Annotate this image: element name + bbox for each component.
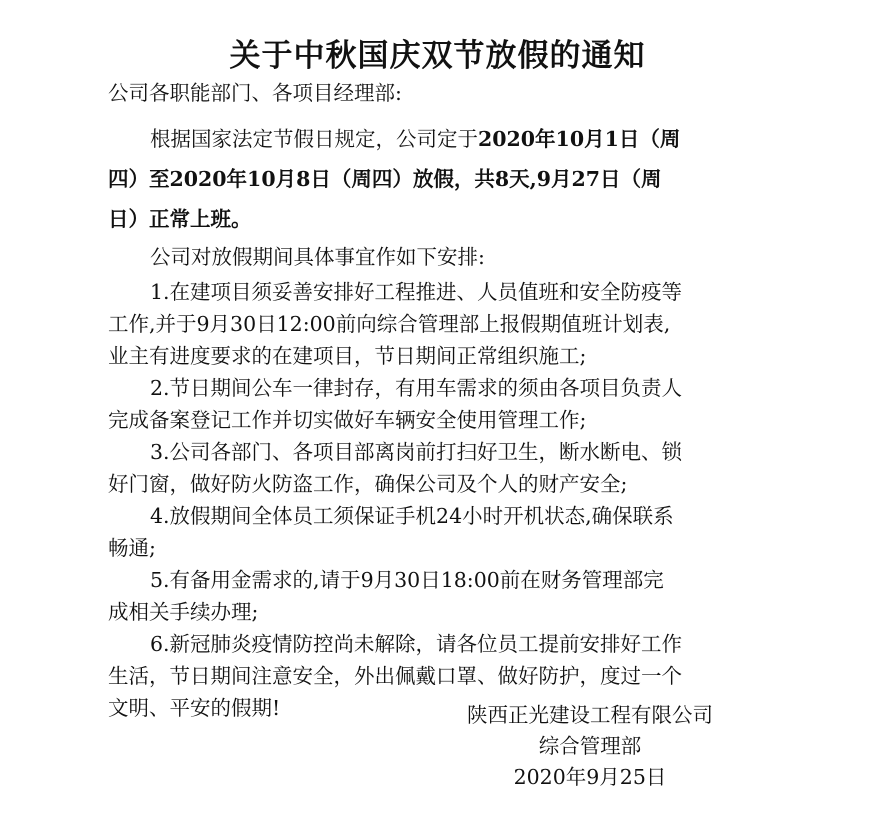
- intro-line-3: 日）正常上班。: [108, 204, 768, 234]
- intro-line-2: 四）至2020年10月8日（周四）放假，共8天,9月27日（周: [108, 164, 768, 194]
- item-3-line-2: 好门窗，做好防火防盗工作，确保公司及个人的财产安全;: [108, 469, 768, 499]
- intro-line-1: 根据国家法定节假日规定，公司定于2020年10月1日（周: [108, 124, 768, 154]
- item-4-line-1: 4.放假期间全体员工须保证手机24小时开机状态,确保联系: [108, 501, 768, 531]
- salutation: 公司各职能部门、各项目经理部:: [108, 78, 768, 108]
- intro-text: 根据国家法定节假日规定，公司定于: [150, 127, 478, 151]
- item-2-line-2: 完成备案登记工作并切实做好车辆安全使用管理工作;: [108, 405, 768, 435]
- item-6-line-1: 6.新冠肺炎疫情防控尚未解除，请各位员工提前安排好工作: [108, 629, 768, 659]
- item-2-line-1: 2.节日期间公车一律封存，有用车需求的须由各项目负责人: [108, 373, 768, 403]
- item-4-line-2: 畅通;: [108, 533, 768, 563]
- item-5-line-1: 5.有备用金需求的,请于9月30日18:00前在财务管理部完: [108, 565, 768, 595]
- item-5-line-2: 成相关手续办理;: [108, 597, 768, 627]
- signature-company: 陕西正光建设工程有限公司: [400, 700, 780, 730]
- arrangement-intro: 公司对放假期间具体事宜作如下安排:: [108, 242, 768, 272]
- item-1-line-2: 工作,并于9月30日12:00前向综合管理部上报假期值班计划表,: [108, 309, 768, 339]
- item-6-line-2: 生活，节日期间注意安全，外出佩戴口罩、做好防护，度过一个: [108, 661, 768, 691]
- holiday-start-date: 2020年10月1日（周: [478, 127, 680, 151]
- signature-date: 2020年9月25日: [400, 762, 780, 792]
- item-3-line-1: 3.公司各部门、各项目部离岗前打扫好卫生，断水断电、锁: [108, 437, 768, 467]
- item-1-line-1: 1.在建项目须妥善安排好工程推进、人员值班和安全防疫等: [108, 277, 768, 307]
- notice-title: 关于中秋国庆双节放假的通知: [0, 30, 875, 75]
- signature-department: 综合管理部: [400, 731, 780, 761]
- item-1-line-3: 业主有进度要求的在建项目，节日期间正常组织施工;: [108, 341, 768, 371]
